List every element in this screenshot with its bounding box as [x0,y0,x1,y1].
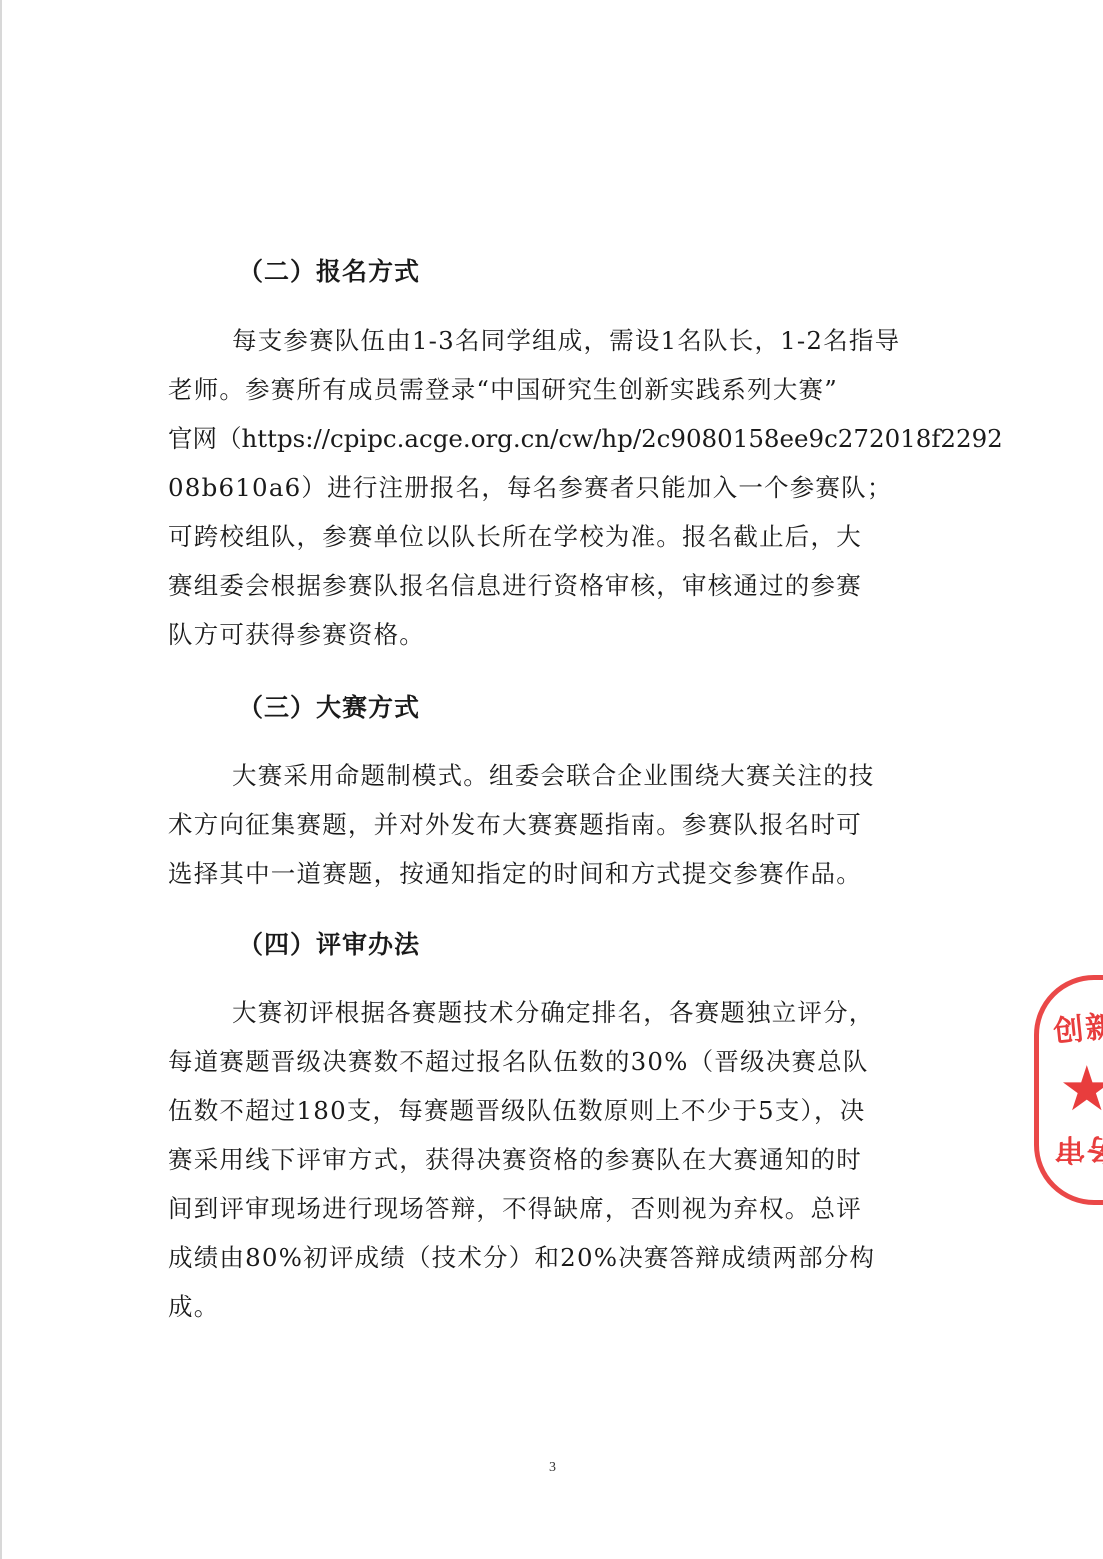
star-icon: ★ [1059,1058,1103,1120]
text-line: 间到评审现场进行现场答辩，不得缺席，否则视为弃权。总评 [168,1184,938,1233]
section-competition-format-body: 大赛采用命题制模式。组委会联合企业围绕大赛关注的技 术方向征集赛题，并对外发布大… [168,751,938,898]
text-line: 伍数不超过180支，每赛题晋级队伍数原则上不少于5支），决 [168,1086,938,1135]
section-registration-body: 每支参赛队伍由1-3名同学组成，需设1名队长，1-2名指导 老师。参赛所有成员需… [168,316,938,659]
section-heading: （三）大赛方式 [168,688,938,728]
seal-bottom-text: 务审 [1053,1130,1103,1174]
text-line: 大赛采用命题制模式。组委会联合企业围绕大赛关注的技 [168,751,938,800]
text-line: 成。 [168,1282,938,1331]
text-line: 赛采用线下评审方式，获得决赛资格的参赛队在大赛通知的时 [168,1135,938,1184]
text-line: 大赛初评根据各赛题技术分确定排名，各赛题独立评分， [168,988,938,1037]
text-line: 术方向征集赛题，并对外发布大赛赛题指南。参赛队报名时可 [168,800,938,849]
paragraph: 大赛初评根据各赛题技术分确定排名，各赛题独立评分， 每道赛题晋级决赛数不超过报名… [168,988,938,1331]
text-line: 选择其中一道赛题，按通知指定的时间和方式提交参赛作品。 [168,849,938,898]
page-number: 3 [549,1460,556,1476]
section-competition-format: （三）大赛方式 [168,688,938,728]
section-heading: （四）评审办法 [168,925,938,965]
text-line: 成绩由80%初评成绩（技术分）和20%决赛答辩成绩两部分构 [168,1233,938,1282]
section-heading: （二）报名方式 [168,252,938,292]
text-line: 赛组委会根据参赛队报名信息进行资格审核，审核通过的参赛 [168,561,938,610]
paragraph: 每支参赛队伍由1-3名同学组成，需设1名队长，1-2名指导 老师。参赛所有成员需… [168,316,938,659]
page-edge [0,0,2,1559]
text-line: 可跨校组队，参赛单位以队长所在学校为准。报名截止后，大 [168,512,938,561]
seal-top-text: 创新实 [1051,997,1103,1051]
text-line: 每支参赛队伍由1-3名同学组成，需设1名队长，1-2名指导 [168,316,938,365]
text-line: 08b610a6）进行注册报名，每名参赛者只能加入一个参赛队； [168,463,938,512]
text-line: 队方可获得参赛资格。 [168,610,938,659]
section-evaluation-body: 大赛初评根据各赛题技术分确定排名，各赛题独立评分， 每道赛题晋级决赛数不超过报名… [168,988,938,1331]
paragraph: 大赛采用命题制模式。组委会联合企业围绕大赛关注的技 术方向征集赛题，并对外发布大… [168,751,938,898]
text-line: 每道赛题晋级决赛数不超过报名队伍数的30%（晋级决赛总队 [168,1037,938,1086]
section-evaluation: （四）评审办法 [168,925,938,965]
section-registration: （二）报名方式 [168,252,938,292]
official-seal: 创新实 ★ 务审 [1034,975,1103,1205]
text-line: 老师。参赛所有成员需登录“中国研究生创新实践系列大赛” [168,365,938,414]
url-text-line: 官网（https://cpipc.acge.org.cn/cw/hp/2c908… [168,414,938,463]
